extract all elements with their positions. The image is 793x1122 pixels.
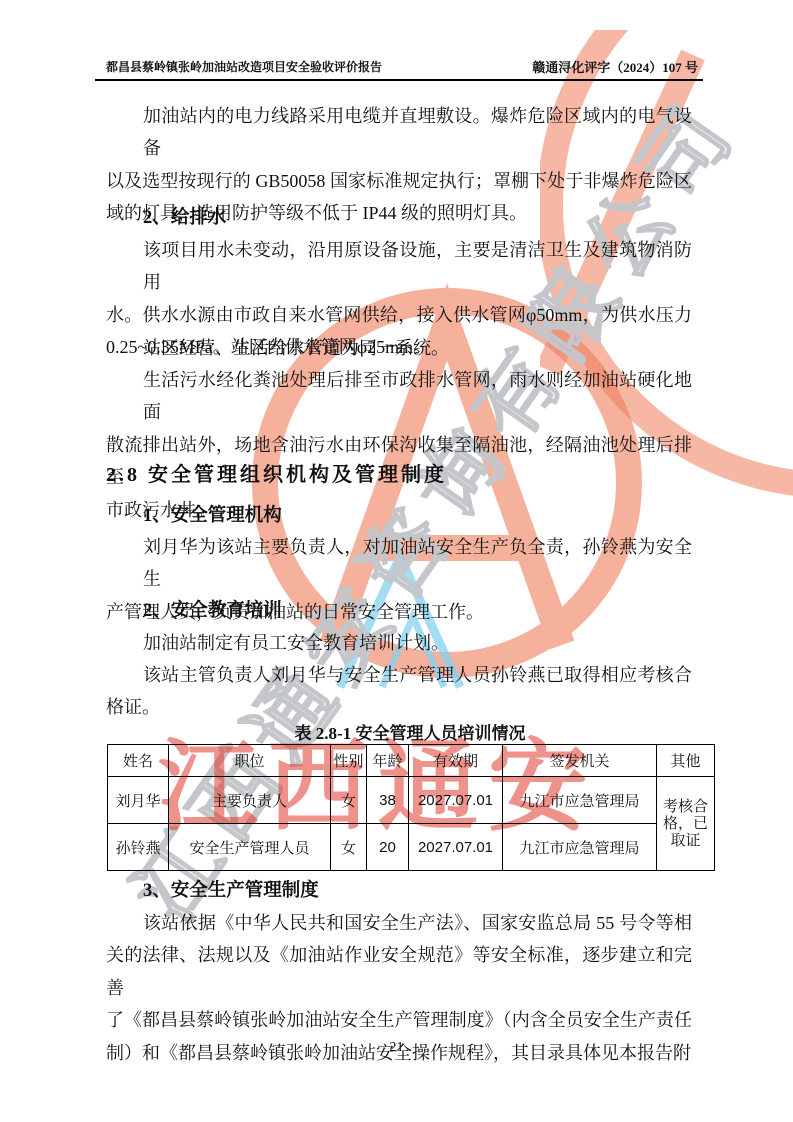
page-number: 21 [0, 1040, 793, 1056]
training-table: 姓名 职位 性别 年龄 有效期 签发机关 其他 刘月华 主要负责人 女 38 2… [107, 744, 715, 871]
cell-issuer: 九江市应急管理局 [503, 777, 657, 824]
cell-age: 20 [367, 824, 409, 871]
cell-issuer: 九江市应急管理局 [503, 824, 657, 871]
cell-name: 刘月华 [108, 777, 169, 824]
text-line: 加油站内的电力线路采用电缆并直埋敷设。爆炸危险区域内的电气设备 [106, 100, 692, 165]
text-line: 该站依据《中华人民共和国安全生产法》、国家安监总局 55 号令等相 [106, 907, 692, 939]
text-line: 该项目用水未变动，沿用原设备设施，主要是清洁卫生及建筑物消防用 [106, 234, 692, 299]
text-line: 生活污水经化粪池处理后排至市政排水管网，雨水则经加油站硬化地面 [106, 364, 692, 429]
para-certificates: 该站主管负责人刘月华与安全生产管理人员孙铃燕已取得相应考核合 格证。 [106, 659, 692, 724]
heading-safety-training: 2、安全教育培训 [106, 595, 729, 627]
col-header-gender: 性别 [331, 745, 367, 777]
cell-validity: 2027.07.01 [409, 824, 503, 871]
cell-other-merged: 考核合格，已取证 [657, 777, 715, 871]
cell-age: 38 [367, 777, 409, 824]
heading-safety-system: 3、安全生产管理制度 [106, 875, 729, 907]
report-page: 江西通安咨询有限公司 江西通安 都昌县蔡岭镇张岭加油站改造项目安全验收评价报告 … [0, 0, 793, 1122]
cell-position: 安全生产管理人员 [169, 824, 331, 871]
cell-name: 孙铃燕 [108, 824, 169, 871]
col-header-other: 其他 [657, 745, 715, 777]
heading-drainage: 2、给排水 [106, 202, 729, 234]
text-line: 加油站制定有员工安全教育培训计划。 [106, 627, 692, 659]
heading-safety-org: 1、安全管理机构 [106, 500, 729, 532]
col-header-issuer: 签发机关 [503, 745, 657, 777]
col-header-position: 职位 [169, 745, 331, 777]
text-line: 站区经营、生活给水管道为同一系统。 [106, 332, 692, 364]
text-line: 了《都昌县蔡岭镇张岭加油站安全生产管理制度》（内含全员安全生产责任 [106, 1004, 692, 1036]
header-rule [95, 79, 703, 81]
text-line: 刘月华为该站主要负责人，对加油站安全生产负全责，孙铃燕为安全生 [106, 531, 692, 596]
table-caption: 表 2.8-1 安全管理人员培训情况 [107, 719, 713, 744]
cell-gender: 女 [331, 777, 367, 824]
header-report-title: 都昌县蔡岭镇张岭加油站改造项目安全验收评价报告 [106, 58, 382, 75]
col-header-validity: 有效期 [409, 745, 503, 777]
col-header-age: 年龄 [367, 745, 409, 777]
heading-section-2-8: 2.8 安全管理组织机构及管理制度 [106, 459, 692, 491]
table-header-row: 姓名 职位 性别 年龄 有效期 签发机关 其他 [108, 745, 715, 777]
text-line: 水。供水水源由市政自来水管网供给，接入供水管网φ50mm，为供水压力 [106, 299, 692, 331]
text-line: 以及选型按现行的 GB50058 国家标准规定执行；罩棚下处于非爆炸危险区 [106, 165, 692, 197]
cell-validity: 2027.07.01 [409, 777, 503, 824]
text-line: 关的法律、法规以及《加油站作业安全规范》等安全标准，逐步建立和完善 [106, 939, 692, 1004]
text-line: 该站主管负责人刘月华与安全生产管理人员孙铃燕已取得相应考核合 [106, 659, 692, 691]
header-doc-number: 赣通浔化评字（2024）107 号 [532, 57, 698, 76]
table-row: 刘月华 主要负责人 女 38 2027.07.01 九江市应急管理局 考核合格，… [108, 777, 715, 824]
para-same-system: 站区经营、生活给水管道为同一系统。 [106, 332, 692, 364]
cell-position: 主要负责人 [169, 777, 331, 824]
cell-gender: 女 [331, 824, 367, 871]
para-training-plan: 加油站制定有员工安全教育培训计划。 [106, 627, 692, 659]
table-row: 孙铃燕 安全生产管理人员 女 20 2027.07.01 九江市应急管理局 [108, 824, 715, 871]
col-header-name: 姓名 [108, 745, 169, 777]
